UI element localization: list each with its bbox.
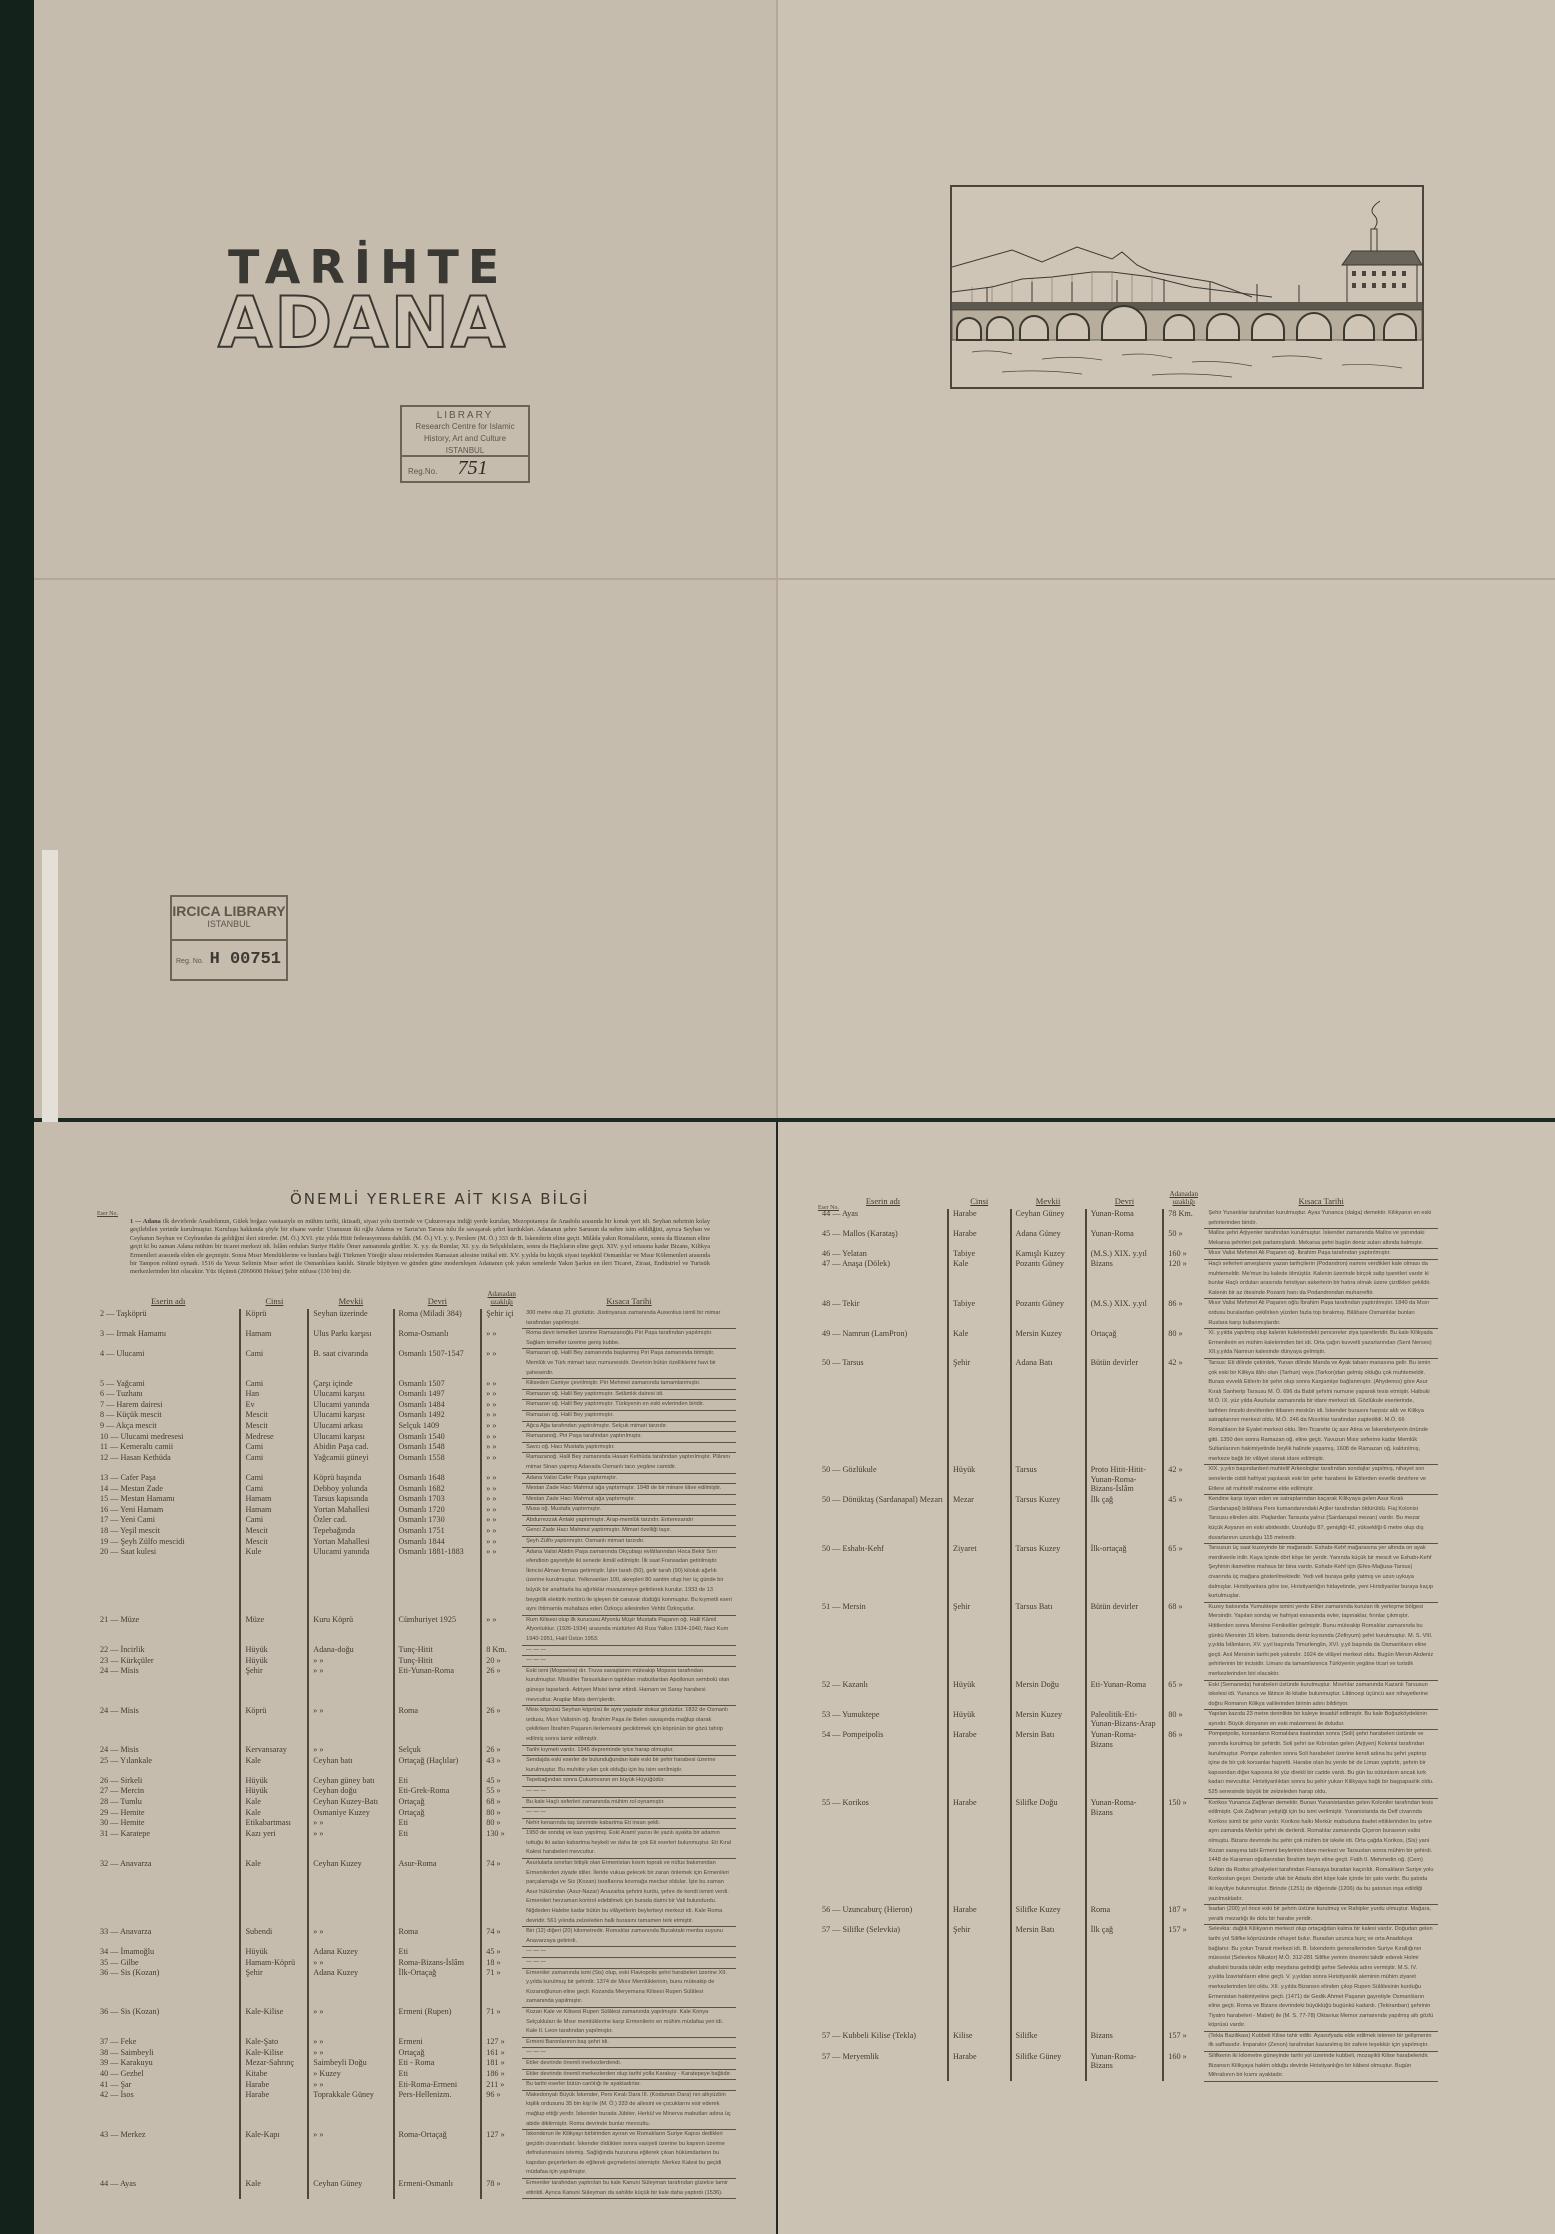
cell-location: Ulucami karşısı [308, 1389, 393, 1400]
cell-name: 35 — Gilbe [96, 1958, 240, 1969]
table-row: 52 — KazanlıHüyükMersin DoğuEti-Yunan-Ro… [818, 1680, 1438, 1710]
cell-period: Tunç-Hitit [394, 1645, 482, 1656]
cell-name: 41 — Şar [96, 2080, 240, 2091]
monuments-table-right: Eserin adı Cinsi Mevkii Devri Adanadan u… [818, 1190, 1438, 2082]
col-name: Eserin adı [818, 1190, 948, 1209]
cell-period: Paleolitik-Eti-Yunan-Bizans-Arap [1086, 1710, 1164, 1730]
cell-distance: 50 » [1163, 1229, 1204, 1249]
cell-history: Etiler devrinde önemli merkezlerdendi. [522, 2058, 736, 2069]
cell-name: 26 — Sirkeli [96, 1776, 240, 1787]
cell-history: Selevkia: dağlık Kilikyanın merkezi olup… [1204, 1925, 1438, 2032]
cell-location: Tepebağında [308, 1526, 393, 1537]
cell-distance: 18 » [481, 1958, 522, 1969]
cell-distance: 65 » [1163, 1680, 1204, 1710]
cell-type: Harabe [948, 1798, 1011, 1905]
col-distance: Adanadan uzaklığı [1163, 1190, 1204, 1209]
cell-location: Ceyhan doğu [308, 1786, 393, 1797]
cell-location: Kuru Köprü [308, 1615, 393, 1645]
stamp-line: History, Art and Culture [402, 433, 528, 445]
cell-type: Şehir [948, 1358, 1011, 1465]
cell-location: Debboy yolunda [308, 1484, 393, 1495]
table-row: 50 — GözlükuleHüyükTarsusProto Hitit-Hit… [818, 1465, 1438, 1495]
table-row: 12 — Hasan KethüdaCamiYağcamii güneyiOsm… [96, 1453, 736, 1473]
cell-period: Osmanlı 1484 [394, 1400, 482, 1411]
cell-location: Tarsus kapısında [308, 1494, 393, 1505]
cell-history: Kiliseden Camiye çevrilmiştir. Piri Mehm… [522, 1379, 736, 1390]
cell-distance: » » [481, 1547, 522, 1615]
table-row: 36 — Sis (Kozan)Kale-Kilise» »Ermeni (Ru… [96, 2007, 736, 2037]
cell-history: Nehir kenarında taş üzerinde kabartma Et… [522, 1818, 736, 1829]
cell-period: Ermeni (Rupen) [394, 2007, 482, 2037]
cell-distance: 42 » [1163, 1465, 1204, 1495]
table-row: 50 — TarsusŞehirAdana BatıBütün devirler… [818, 1358, 1438, 1465]
cell-distance: 120 » [1163, 1259, 1204, 1298]
cell-name: 47 — Anaşa (Dölek) [818, 1259, 948, 1298]
cell-name: 24 — Misis [96, 1745, 240, 1756]
cell-location: Seyhan üzerinde [308, 1309, 393, 1329]
cell-type: Cami [240, 1349, 308, 1379]
cell-distance: 45 » [481, 1776, 522, 1787]
stamp-heading: LIBRARY [402, 410, 528, 421]
cell-name: 52 — Kazanlı [818, 1680, 948, 1710]
cell-history: XI. y.yılda yapılmış olup kalenin kulele… [1204, 1329, 1438, 1359]
table-row: 44 — AyasKaleCeyhan GüneyErmeni-Osmanlı7… [96, 2179, 736, 2199]
col-location: Mevkii [1011, 1190, 1086, 1209]
cell-history: Genci Zade Hacı Mahmut yaptırmıştır. Mim… [522, 1526, 736, 1537]
cell-distance: 74 » [481, 1859, 522, 1927]
cell-location: Mersin Kuzey [1011, 1710, 1086, 1730]
cell-period: Osmanlı 1540 [394, 1432, 482, 1443]
cell-location: Yortan Mahallesi [308, 1537, 393, 1548]
cell-history: Bu tarihi eserler bütün canlılığı ile ay… [522, 2080, 736, 2091]
cell-name: 43 — Merkez [96, 2130, 240, 2179]
cell-type: Harabe [948, 2052, 1011, 2082]
cell-history: Haçlı seferleri anveşlarını yazan tarihç… [1204, 1259, 1438, 1298]
cover-title-line2: ADANA [218, 282, 507, 364]
cell-location: Ulucami yanında [308, 1400, 393, 1411]
cell-type: Medrese [240, 1432, 308, 1443]
cell-distance: » » [481, 1453, 522, 1473]
cell-name: 23 — Kürkçüler [96, 1656, 240, 1667]
cell-name: 13 — Cafer Paşa [96, 1473, 240, 1484]
cell-history: Mestan Zade Hacı Mahmut ağa yaptırmıştır… [522, 1494, 736, 1505]
cell-history: Ramazan oğ. Halil Bey yaptırmıştır. Türk… [522, 1400, 736, 1411]
table-row: 24 — MisisŞehir» »Eti-Yunan-Roma26 »Eski… [96, 1666, 736, 1705]
cover-panel-right [778, 0, 1555, 1118]
cell-history: Silifkenin iki kilometre güneyinde tarih… [1204, 2052, 1438, 2082]
cell-distance: 127 » [481, 2037, 522, 2048]
cell-distance: » » [481, 1494, 522, 1505]
table-row: 21 — MüzeMüzeKuru KöprüCümhuriyet 1925» … [96, 1615, 736, 1645]
cell-period: Bizans [1086, 1259, 1164, 1298]
cell-type: Kale-Kilise [240, 2007, 308, 2037]
cell-period: Osmanlı 1751 [394, 1526, 482, 1537]
cell-period: Yunan-Roma [1086, 1209, 1164, 1229]
cell-distance: 55 » [481, 1786, 522, 1797]
cell-history: XIX. y.yılın başındanberi muhtelif Arkeo… [1204, 1465, 1438, 1495]
cell-location: Ulucami karşısı [308, 1432, 393, 1443]
cell-period: Eti [394, 1776, 482, 1787]
cell-name: 54 — Pompeipolis [818, 1730, 948, 1798]
cell-location: » » [308, 1829, 393, 1859]
cell-history: Adana Valisi Abidin Paşa zamanında Okçub… [522, 1547, 736, 1615]
adana-intro-paragraph: 1 — Adana ilk devirlerde Anadolunun, Gül… [130, 1218, 710, 1277]
cell-period: İlk-Ortaçağ [394, 1968, 482, 2007]
table-row: 44 — AyasHarabeCeyhan GüneyYunan-Roma78 … [818, 1209, 1438, 1229]
cell-name: 44 — Ayas [96, 2179, 240, 2199]
cell-name: 6 — Tuzhanı [96, 1389, 240, 1400]
cell-period: Roma [1086, 1905, 1164, 1925]
cell-distance: » » [481, 1432, 522, 1443]
cell-distance: 8 Km. [481, 1645, 522, 1656]
cell-period: Eti-Grek-Roma [394, 1786, 482, 1797]
cell-history: Ramazan oğ. Halil Bey yaptırmıştır. [522, 1410, 736, 1421]
cell-period: Osmanlı 1507-1547 [394, 1349, 482, 1379]
library-stamp: LIBRARY Research Centre for Islamic Hist… [400, 405, 530, 483]
cell-history: Mestan Zade Hacı Mahmut ağa yaptırmıştır… [522, 1484, 736, 1495]
stamp-reg-row: Reg.No. 751 [402, 455, 528, 481]
col-history: Kısaca Tarihi [522, 1290, 736, 1309]
table-row: 49 — Namrun (LamPron)KaleMersin KuzeyOrt… [818, 1329, 1438, 1359]
cell-name: 56 — Uzuncaburç (Hieron) [818, 1905, 948, 1925]
cell-distance: 80 » [1163, 1710, 1204, 1730]
cell-distance: » » [481, 1329, 522, 1349]
cell-type: Mezar [948, 1495, 1011, 1544]
table-row: 42 — İsosHarabeToprakkale GüneyPers-Hell… [96, 2090, 736, 2129]
cell-distance: 160 » [1163, 1249, 1204, 1260]
cell-period: Pers-Hellenizm. [394, 2090, 482, 2129]
cell-history: Tarsus: Eti dilinde çekirdek, Yunan dili… [1204, 1358, 1438, 1465]
table-row: 8 — Küçük mescitMescitUlucami karşısıOsm… [96, 1410, 736, 1421]
cell-distance: 74 » [481, 1927, 522, 1947]
cell-type: Köprü [240, 1706, 308, 1745]
cell-type: Harabe [948, 1905, 1011, 1925]
cell-location: Ulucami karşısı [308, 1410, 393, 1421]
cell-distance: 86 » [1163, 1730, 1204, 1798]
table-row: 55 — KorikosHarabeSilifke DoğuYunan-Roma… [818, 1798, 1438, 1905]
cell-distance: » » [481, 1442, 522, 1453]
cell-location: Yağcamii güneyi [308, 1453, 393, 1473]
cell-history: Ermeniler zamanında ismi (Sis) olup, esk… [522, 1968, 736, 2007]
cell-type: Cami [240, 1453, 308, 1473]
cell-distance: » » [481, 1410, 522, 1421]
cell-period: Eti [394, 2069, 482, 2080]
cell-history: Pompeipolis, korsanların Romalılara itaa… [1204, 1730, 1438, 1798]
cell-period: Eti [394, 1818, 482, 1829]
cell-type: Cami [240, 1515, 308, 1526]
cell-name: 8 — Küçük mescit [96, 1410, 240, 1421]
cell-location: Ulucami yanında [308, 1547, 393, 1615]
cell-period: Yunan-Roma-Bizans [1086, 1798, 1164, 1905]
cell-period: İlk çağ [1086, 1495, 1164, 1544]
table-row: 36 — Sis (Kozan)ŞehirAdana Kuzeyİlk-Orta… [96, 1968, 736, 2007]
table-row: 51 — MersinŞehirTarsus BatıBütün devirle… [818, 1602, 1438, 1680]
cell-name: 25 — Yılankale [96, 1756, 240, 1776]
cell-distance: 86 » [1163, 1299, 1204, 1329]
cell-name: 24 — Misis [96, 1706, 240, 1745]
cell-type: Hüyük [240, 1776, 308, 1787]
cell-type: Subendi [240, 1927, 308, 1947]
cell-history: Ramazanoğ. Piri Paşa tarafından yaptırıl… [522, 1432, 736, 1443]
cell-history: Ermeni Baronlarının baş şehri idi. [522, 2037, 736, 2048]
cell-period: Bütün devirler [1086, 1358, 1164, 1465]
cell-name: 53 — Yumuktepe [818, 1710, 948, 1730]
cell-distance: 150 » [1163, 1798, 1204, 1905]
cell-name: 39 — Karakuyu [96, 2058, 240, 2069]
cell-period: Roma [394, 1927, 482, 1947]
table-row: 20 — Saat kulesiKuleUlucami yanındaOsman… [96, 1547, 736, 1615]
cell-name: 48 — Tekir [818, 1299, 948, 1329]
cell-name: 36 — Sis (Kozan) [96, 1968, 240, 2007]
table-row: 19 — Şeyh Zülfo mescidiMescitYortan Maha… [96, 1537, 736, 1548]
cell-distance: 68 » [1163, 1602, 1204, 1680]
cell-type: Kule [240, 1547, 308, 1615]
table-row: 17 — Yeni CamiCamiÖzler cad.Osmanlı 1730… [96, 1515, 736, 1526]
cell-name: 36 — Sis (Kozan) [96, 2007, 240, 2037]
cell-type: Kale-Kilise [240, 2048, 308, 2059]
cell-location: Saimbeyli Doğu [308, 2058, 393, 2069]
cell-type: Köprü [240, 1309, 308, 1329]
cell-distance: » » [481, 1526, 522, 1537]
cell-location: » » [308, 2037, 393, 2048]
cell-type: Mezar-Sahrınç [240, 2058, 308, 2069]
table-row: 41 — ŞarHarabe» »Eti-Roma-Ermeni211 »Bu … [96, 2080, 736, 2091]
cell-period: Ortaçağ [394, 1797, 482, 1808]
cell-name: 20 — Saat kulesi [96, 1547, 240, 1615]
spine-label-strip [42, 850, 58, 1130]
cell-period: Ermeni-Osmanlı [394, 2179, 482, 2199]
cell-distance: 157 » [1163, 1925, 1204, 2032]
cell-type: Harabe [948, 1730, 1011, 1798]
cell-location: B. saat civarında [308, 1349, 393, 1379]
cell-name: 10 — Ulucami medresesi [96, 1432, 240, 1443]
stamp-city: ISTANBUL [172, 919, 286, 929]
cell-location: Ceyhan Güney [308, 2179, 393, 2199]
cell-location: » » [308, 1745, 393, 1756]
cell-location: Silifke Kuzey [1011, 1905, 1086, 1925]
cell-history: Musa oğ. Mustafa yaptırmıştır. [522, 1505, 736, 1516]
cell-period: Osmanlı 1558 [394, 1453, 482, 1473]
cell-period: İlk çağ [1086, 1925, 1164, 2032]
table-row: 3 — Irmak HamamıHamamUlus Parkı karşısıR… [96, 1329, 736, 1349]
cell-period: (M.S.) XIX. y.yıl [1086, 1249, 1164, 1260]
cell-name: 5 — Yağcami [96, 1379, 240, 1390]
cell-history: Makedonyalı Büyük İskender, Pers Kıralı … [522, 2090, 736, 2129]
cell-period: Osmanlı 1720 [394, 1505, 482, 1516]
table-header-row: Eserin adı Cinsi Mevkii Devri Adanadan u… [818, 1190, 1438, 1209]
cell-history: İsadan (200) yıl önce eski bir şehrin üs… [1204, 1905, 1438, 1925]
cell-type: Hüyük [240, 1645, 308, 1656]
cell-name: 14 — Mestan Zade [96, 1484, 240, 1495]
col-history: Kısaca Tarihi [1204, 1190, 1438, 1209]
cell-location: Ceyhan güney batı [308, 1776, 393, 1787]
cell-name: 51 — Mersin [818, 1602, 948, 1680]
cell-history: Şehir Yunanlılar tarafından kurulmuştur.… [1204, 1209, 1438, 1229]
cell-location: Silifke [1011, 2031, 1086, 2051]
cell-distance: » » [481, 1484, 522, 1495]
cell-history: Kozan Kale ve Kilisesi Rupen Sülâlesi za… [522, 2007, 736, 2037]
cell-location: Abidin Paşa cad. [308, 1442, 393, 1453]
cell-name: 57 — Silifke (Selevkia) [818, 1925, 948, 2032]
cell-type: Cami [240, 1379, 308, 1390]
cell-type: Cami [240, 1484, 308, 1495]
ircica-stamp: IRCICA LIBRARY ISTANBUL Reg. No. H 00751 [170, 895, 288, 981]
cell-name: 16 — Yeni Hamam [96, 1505, 240, 1516]
cell-period: Eti-Yunan-Roma [394, 1666, 482, 1705]
cell-location: Ceyhan Kuzey [308, 1859, 393, 1927]
cell-history: Korikos Yunanca Zağferan demektir. Buras… [1204, 1798, 1438, 1905]
table-row: 10 — Ulucami medresesiMedreseUlucami kar… [96, 1432, 736, 1443]
col-location: Mevkii [308, 1290, 393, 1309]
cell-history: Ermeniler tarafından yaptırılan bu kale … [522, 2179, 736, 2199]
cell-period: Osmanlı 1844 [394, 1537, 482, 1548]
table-row: 13 — Cafer PaşaCamiKöprü başındaOsmanlı … [96, 1473, 736, 1484]
cell-period: Tunç-Hitit [394, 1656, 482, 1667]
cell-distance: 26 » [481, 1706, 522, 1745]
cell-name: 17 — Yeni Cami [96, 1515, 240, 1526]
cell-distance: » » [481, 1421, 522, 1432]
cell-name: 24 — Misis [96, 1666, 240, 1705]
cover-panel-left [34, 0, 776, 1118]
bridge-sketch-icon [952, 187, 1422, 387]
cell-distance: 160 » [1163, 2052, 1204, 2082]
cell-type: Harabe [948, 1209, 1011, 1229]
cell-period: Selçuk 1409 [394, 1421, 482, 1432]
cell-history: 1950 de sondaj ve kazı yapılmış. Eski Ar… [522, 1829, 736, 1859]
cell-name: 27 — Mercin [96, 1786, 240, 1797]
cell-period: Yunan-Roma [1086, 1229, 1164, 1249]
cell-name: 21 — Müze [96, 1615, 240, 1645]
cell-distance: » » [481, 1473, 522, 1484]
cell-history: Bu kale Haçlı seferleri zamanında mühim … [522, 1797, 736, 1808]
cell-location: » » [308, 2007, 393, 2037]
cell-type: Kale [948, 1259, 1011, 1298]
table-row: 24 — MisisKervansaray» »Selçuk26 »Tarihi… [96, 1745, 736, 1756]
table-row: 30 — HemiteEtikabartması» »Eti80 »Nehir … [96, 1818, 736, 1829]
cell-type: Harabe [240, 2080, 308, 2091]
cell-history: Şeyh Zülfo yaptırmıştır. Osmanlı mimari … [522, 1537, 736, 1548]
cell-history: Savcı oğ. Hacı Mustafa yaptırmıştır. [522, 1442, 736, 1453]
table-row: 40 — GezbelKitabe» KuzeyEti186 »Etiler d… [96, 2069, 736, 2080]
cell-distance: 71 » [481, 1968, 522, 2007]
cell-history: Tarsusun üç saat kuzeyinde bir mağaradır… [1204, 1544, 1438, 1603]
table-row: 4 — UlucamiCamiB. saat civarındaOsmanlı … [96, 1349, 736, 1379]
cell-location: Tarsus Kuzey [1011, 1544, 1086, 1603]
fold-line [776, 0, 778, 1118]
stamp-reg-row: Reg. No. H 00751 [172, 939, 286, 979]
table-row: 57 — MeryemlikHarabeSilifke GüneyYunan-R… [818, 2052, 1438, 2082]
cell-period: Eti-Roma-Ermeni [394, 2080, 482, 2091]
cell-period: Eti - Roma [394, 2058, 482, 2069]
cell-name: 11 — Kemeraltı camii [96, 1442, 240, 1453]
cell-location: » » [308, 1818, 393, 1829]
cell-location: Adana Kuzey [308, 1947, 393, 1958]
cell-type: Ev [240, 1400, 308, 1411]
cell-location: » » [308, 1706, 393, 1745]
cell-history: Mısır Valisi Mehmet Ali Paşanın oğ. İbra… [1204, 1249, 1438, 1260]
col-type: Cinsi [240, 1290, 308, 1309]
cell-location: Ulucami arkası [308, 1421, 393, 1432]
table-row: 7 — Harem dairesiEvUlucami yanındaOsmanl… [96, 1400, 736, 1411]
cell-type: Hüyük [240, 1786, 308, 1797]
cell-type: Kale-Şato [240, 2037, 308, 2048]
cell-distance: 65 » [1163, 1544, 1204, 1603]
cell-history: — — — [522, 1645, 736, 1656]
cell-location: Özler cad. [308, 1515, 393, 1526]
cell-distance: 42 » [1163, 1358, 1204, 1465]
cell-distance: 127 » [481, 2130, 522, 2179]
cell-history: — — — [522, 1958, 736, 1969]
cell-location: Silifke Doğu [1011, 1798, 1086, 1905]
cell-period: Osmanlı 1703 [394, 1494, 482, 1505]
cell-period: İlk-ortaçağ [1086, 1544, 1164, 1603]
table-row: 45 — Mallos (Karataş)HarabeAdana GüneyYu… [818, 1229, 1438, 1249]
table-row: 18 — Yeşil mescitMescitTepebağındaOsmanl… [96, 1526, 736, 1537]
cell-name: 50 — Eshabı-Kehf [818, 1544, 948, 1603]
cell-type: Hamam [240, 1329, 308, 1349]
cell-history: Mallos şehri Arjiyenler tarafından kurul… [1204, 1229, 1438, 1249]
fold-line [34, 578, 1555, 580]
cell-history: — — — [522, 1656, 736, 1667]
cell-type: Mescit [240, 1537, 308, 1548]
table-row: 22 — İncirlikHüyükAdana-doğuTunç-Hitit8 … [96, 1645, 736, 1656]
cell-location: » » [308, 1927, 393, 1947]
cell-history: Rum Kilisesi olup ilk kurucusu Afyonlu M… [522, 1615, 736, 1645]
eser-no-label: Eser No. [97, 1211, 118, 1217]
cell-period: (M.S.) XIX. y.yıl [1086, 1299, 1164, 1329]
cell-type: Hüyük [948, 1710, 1011, 1730]
cell-name: 19 — Şeyh Zülfo mescidi [96, 1537, 240, 1548]
cell-type: Cami [240, 1442, 308, 1453]
cell-distance: 80 » [481, 1808, 522, 1819]
cell-history: İskenderun ile Kilikyayı birbirinden ayı… [522, 2130, 736, 2179]
cell-name: 49 — Namrun (LamPron) [818, 1329, 948, 1359]
cell-location: Pozantı Güney [1011, 1299, 1086, 1329]
col-distance: Adanadan uzaklığı [481, 1290, 522, 1309]
cell-type: Hamam [240, 1505, 308, 1516]
table-row: 11 — Kemeraltı camiiCamiAbidin Paşa cad.… [96, 1442, 736, 1453]
cell-distance: 43 » [481, 1756, 522, 1776]
table-row: 54 — PompeipolisHarabeMersin BatıYunan-R… [818, 1730, 1438, 1798]
cell-history: Ağca Ağa tarafından yaptırılmıştır. Selç… [522, 1421, 736, 1432]
intro-number: 1 — Adana [130, 1218, 161, 1225]
cell-type: Kale [240, 1808, 308, 1819]
cell-history: Kendine karşı isyan eden ve satraplarınd… [1204, 1495, 1438, 1544]
cell-name: 55 — Korikos [818, 1798, 948, 1905]
cell-distance: » » [481, 1349, 522, 1379]
cell-distance: » » [481, 1505, 522, 1516]
cell-period: Osmanlı 1881-1883 [394, 1547, 482, 1615]
cell-history: Misis köprüsü Seyhan köprüsü ile aynı ya… [522, 1706, 736, 1745]
cell-location: Pozantı Güney [1011, 1259, 1086, 1298]
stamp-heading: IRCICA LIBRARY [172, 903, 286, 919]
cell-history: (Tekla Bazilikası) Kubbeli Kilise tahir … [1204, 2031, 1438, 2051]
cell-history: 300 metre olup 21 gözlüdür. Jüstinyanus … [522, 1309, 736, 1329]
cell-name: 50 — Dönüktaş (Sardanapal) Mezarı [818, 1495, 948, 1544]
cell-type: Şehir [240, 1666, 308, 1705]
cell-distance: 20 » [481, 1656, 522, 1667]
cell-distance: 71 » [481, 2007, 522, 2037]
cell-location: Tarsus Kuzey [1011, 1495, 1086, 1544]
cell-name: 38 — Saimbeyli [96, 2048, 240, 2059]
cell-distance: » » [481, 1515, 522, 1526]
cell-period: Ortaçağ [394, 1808, 482, 1819]
cell-name: 12 — Hasan Kethüda [96, 1453, 240, 1473]
cell-location: Mersin Kuzey [1011, 1329, 1086, 1359]
cell-location: Adana Batı [1011, 1358, 1086, 1465]
cell-location: Mersin Doğu [1011, 1680, 1086, 1710]
cell-history: Biri (12) diğeri (20) kilometredir. Roma… [522, 1927, 736, 1947]
